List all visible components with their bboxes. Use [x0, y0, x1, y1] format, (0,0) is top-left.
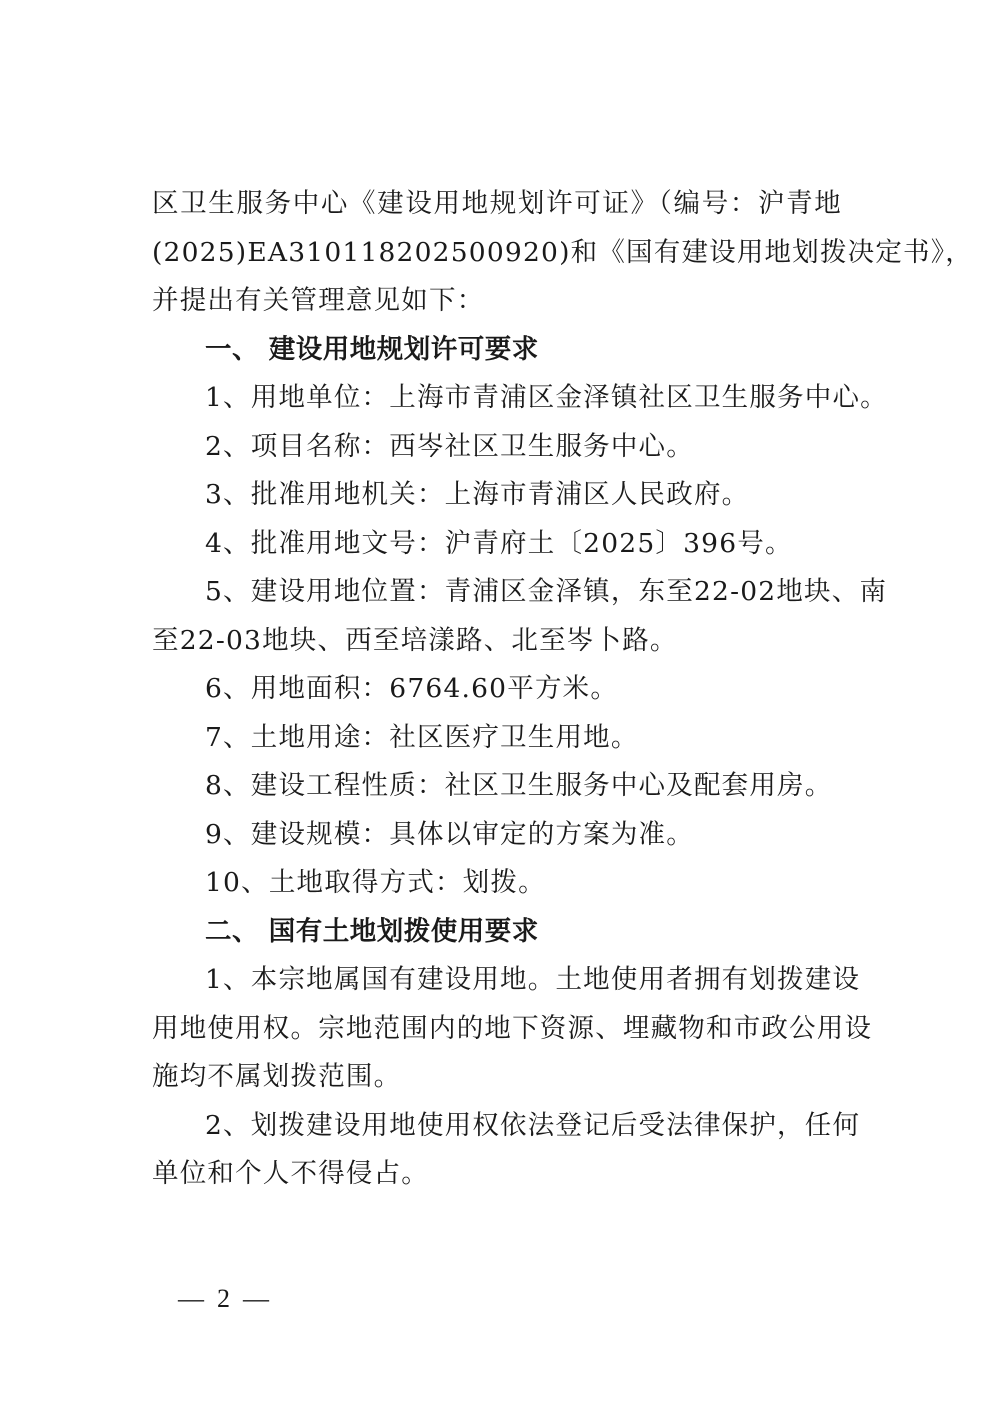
text-line: 至22-03地块、西至培漾路、北至岑卜路。 [152, 617, 842, 666]
text-line: 2、划拨建设用地使用权依法登记后受法律保护，任何 [152, 1102, 842, 1151]
text-line: 单位和个人不得侵占。 [152, 1150, 842, 1199]
text-line: 区卫生服务中心《建设用地规划许可证》（编号：沪青地 [152, 180, 842, 229]
text-line: 并提出有关管理意见如下： [152, 277, 842, 326]
section-allocation-requirements: 二、 国有土地划拨使用要求 1、本宗地属国有建设用地。土地使用者拥有划拨建设 用… [152, 908, 842, 1199]
text-line: 施均不属划拨范围。 [152, 1053, 842, 1102]
intro-paragraph: 区卫生服务中心《建设用地规划许可证》（编号：沪青地 (2025)EA310118… [152, 180, 842, 326]
page-number: — 2 — [178, 1284, 269, 1314]
list-item: 1、本宗地属国有建设用地。土地使用者拥有划拨建设 用地使用权。宗地范围内的地下资… [152, 956, 842, 1102]
list-item: 5、建设用地位置：青浦区金泽镇，东至22-02地块、南 至22-03地块、西至培… [152, 568, 842, 665]
text-line: (2025)EA310118202500920)和《国有建设用地划拨决定书》， [152, 229, 842, 278]
list-item: 3、批准用地机关：上海市青浦区人民政府。 [152, 471, 842, 520]
text-line: 用地使用权。宗地范围内的地下资源、埋藏物和市政公用设 [152, 1005, 842, 1054]
list-item: 8、建设工程性质：社区卫生服务中心及配套用房。 [152, 762, 842, 811]
list-item: 6、用地面积：6764.60平方米。 [152, 665, 842, 714]
document-page: 区卫生服务中心《建设用地规划许可证》（编号：沪青地 (2025)EA310118… [152, 180, 842, 1199]
list-item: 10、土地取得方式：划拨。 [152, 859, 842, 908]
list-item: 1、用地单位：上海市青浦区金泽镇社区卫生服务中心。 [152, 374, 842, 423]
list-item: 7、土地用途：社区医疗卫生用地。 [152, 714, 842, 763]
list-item: 2、项目名称：西岑社区卫生服务中心。 [152, 423, 842, 472]
text-line: 5、建设用地位置：青浦区金泽镇，东至22-02地块、南 [152, 568, 842, 617]
section-heading: 二、 国有土地划拨使用要求 [152, 908, 842, 957]
section-planning-permit: 一、 建设用地规划许可要求 1、用地单位：上海市青浦区金泽镇社区卫生服务中心。 … [152, 326, 842, 908]
list-item: 4、批准用地文号：沪青府土〔2025〕396号。 [152, 520, 842, 569]
list-item: 9、建设规模：具体以审定的方案为准。 [152, 811, 842, 860]
text-line: 1、本宗地属国有建设用地。土地使用者拥有划拨建设 [152, 956, 842, 1005]
section-heading: 一、 建设用地规划许可要求 [152, 326, 842, 375]
list-item: 2、划拨建设用地使用权依法登记后受法律保护，任何 单位和个人不得侵占。 [152, 1102, 842, 1199]
